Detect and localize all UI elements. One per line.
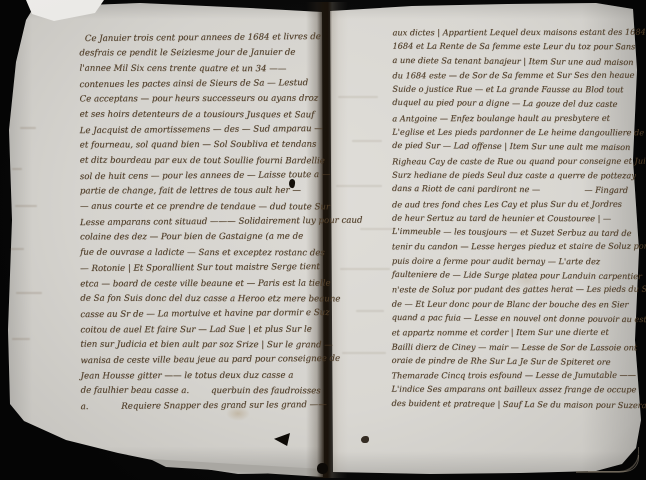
- show-through-streak: [12, 338, 30, 340]
- manuscript-scan: Ce Januier trois cent pour annees de 168…: [0, 0, 646, 480]
- manuscript-line: fue de ouvrase a ladicte — Sans et excep…: [80, 245, 328, 261]
- manuscript-line: et ditz bourdeau par eux de tout Soullie…: [80, 153, 328, 169]
- manuscript-line: L'indice Ses amparans ont bailleux assez…: [392, 382, 644, 397]
- show-through-streak: [342, 352, 386, 354]
- ink-blot: [274, 433, 290, 446]
- show-through-streak: [15, 205, 37, 207]
- manuscript-line: partie de change, fait de lettres de tou…: [80, 184, 328, 200]
- manuscript-line: de aud tres fond ches Les Cay et plus Su…: [392, 196, 644, 211]
- manuscript-line: a une diete Sa tenant banajeur | Item Su…: [392, 52, 644, 68]
- manuscript-line: etca — board de ceste ville beaune et — …: [80, 276, 328, 292]
- manuscript-line: contenues les pactes ainsi de Sieurs de …: [79, 76, 327, 94]
- show-through-streak: [20, 127, 36, 129]
- manuscript-line: 1684 et La Rente de Sa femme este Leur d…: [392, 39, 644, 54]
- manuscript-line: a Antgoine — Enfez boulange hault au pre…: [392, 110, 644, 125]
- manuscript-line: tien sur Judicia et bien ault par soz Sr…: [80, 338, 328, 354]
- ink-blot: [317, 463, 328, 474]
- manuscript-line: n'este de Soluz por pudant des gattes he…: [392, 282, 644, 297]
- manuscript-line: et fourneau, sol quand bien — Sol Soubli…: [80, 138, 328, 154]
- manuscript-line: casse au Sr de — La mortuive et havine p…: [80, 306, 328, 324]
- manuscript-line: du 1684 este — de Sor de Sa femme et Sur…: [392, 68, 644, 83]
- manuscript-line: des buident et pratreque | Sauf La Se du…: [391, 396, 643, 412]
- show-through-streak: [16, 292, 42, 294]
- manuscript-line: de pied Sur — Lad offense | Item Sur une…: [392, 138, 644, 154]
- manuscript-line: — anus courte et ce prendre de tendaue —…: [80, 199, 328, 215]
- manuscript-line: de faulhier beau casse a. querbuin des f…: [81, 384, 329, 400]
- manuscript-line: de — Et Leur donc pour de Blanc der bouc…: [392, 296, 644, 311]
- show-through-streak: [356, 310, 384, 312]
- stacked-page-edge: [588, 455, 639, 472]
- manuscript-line: aux dictes | Appartient Lequel deux mais…: [392, 25, 644, 40]
- manuscript-line: de Sa fon Suis donc del duz casse a Hero…: [80, 292, 328, 308]
- manuscript-line: coitou de auel Et faire Sur — Lad Sue | …: [80, 322, 328, 338]
- manuscript-line: et appartz nomme et corder | Item Sur un…: [392, 325, 644, 340]
- show-through-streak: [338, 96, 378, 98]
- show-through-streak: [352, 140, 382, 142]
- manuscript-line: Jean Housse gitter —— le totus deux duz …: [81, 368, 329, 384]
- show-through-streak: [12, 168, 22, 170]
- manuscript-line: puis doire a ferme pour audit bernay — L…: [392, 253, 644, 268]
- manuscript-line: Ce acceptans — pour heurs successeurs ou…: [80, 92, 328, 108]
- manuscript-line: Ce Januier trois cent pour annees de 168…: [79, 30, 327, 48]
- manuscript-line: Bailli dierz de Ciney — mair — Lesse de …: [392, 339, 644, 354]
- manuscript-line: Le Jacquist de amortissemens — des — Sud…: [80, 122, 328, 140]
- show-through-streak: [336, 185, 382, 187]
- manuscript-line: sol de huit cens — pour les annees de — …: [80, 168, 328, 186]
- show-through-streak: [360, 228, 394, 230]
- ink-blot: [361, 436, 369, 443]
- manuscript-line: desfrais ce pendit le Seiziesme jour de …: [79, 46, 327, 62]
- manuscript-line: et ses hoirs detenteurs de a tousiours J…: [80, 107, 328, 123]
- manuscript-line: colaine des dez — Pour bien de Gastaigne…: [80, 230, 328, 246]
- show-through-streak: [340, 268, 390, 270]
- manuscript-line: l'annee Mil Six cens trente quatre et un…: [79, 61, 327, 77]
- manuscript-line: Righeau Cay de caste de Rue ou quand pou…: [392, 153, 644, 168]
- manuscript-line: oraie de pindre de Rhe Sur La Je Sur de …: [392, 353, 644, 369]
- left-page-text: Ce Januier trois cent pour annees de 168…: [79, 31, 328, 415]
- manuscript-line: Lesse amparans cont situaud ——— Solidair…: [80, 214, 328, 232]
- manuscript-line: duquel au pied pour a digne — La gouze d…: [392, 95, 644, 111]
- manuscript-line: tenir du candon — Lesse herges pieduz et…: [392, 239, 644, 254]
- manuscript-line: — Rotonie | Et Sporallient Sur tout mais…: [80, 260, 328, 278]
- manuscript-line: a. Requiere Snapper des grand sur les gr…: [81, 398, 329, 416]
- manuscript-line: dans a Riott de cani pardiront ne — — Fi…: [392, 181, 644, 197]
- show-through-streak: [10, 248, 24, 250]
- right-page-text: aux dictes | Appartient Lequel deux mais…: [391, 25, 644, 412]
- manuscript-line: wanisa de ceste ville beau jeue au pard …: [80, 352, 328, 370]
- manuscript-line: Themarade Cincq trois esfound — Lesse de…: [392, 368, 644, 383]
